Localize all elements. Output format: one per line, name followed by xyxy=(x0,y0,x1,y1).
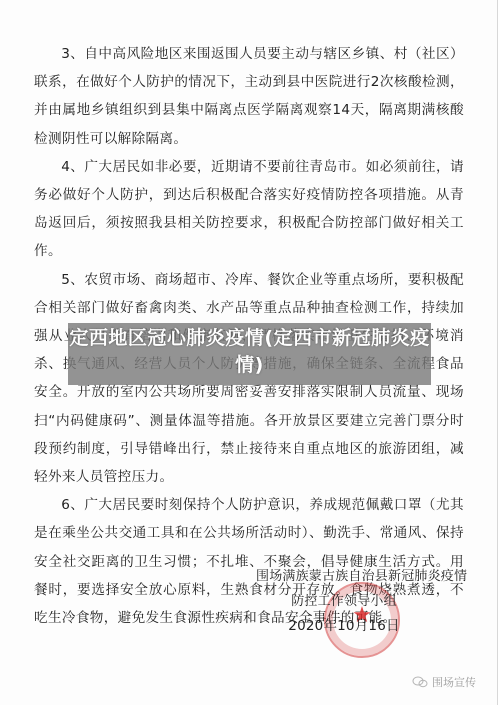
signature-organization-line1: 围场满族蒙古族自治县新冠肺炎疫情 xyxy=(200,565,480,590)
overlay-title: 定西地区冠心肺炎疫情(定西市新冠肺炎疫情) xyxy=(68,325,431,379)
signature-block: 围场满族蒙古族自治县新冠肺炎疫情 防控工作领导小组 2020年10月16日 xyxy=(200,565,480,639)
wechat-icon xyxy=(412,676,428,688)
watermark-label: 围场宣传 xyxy=(432,674,476,690)
title-overlay-banner: 定西地区冠心肺炎疫情(定西市新冠肺炎疫情) xyxy=(68,323,431,385)
paragraph-item-4: 4、广大居民如非必要，近期请不要前往青岛市。如必须前往，请务必做好个人防护，到达… xyxy=(34,153,464,266)
paragraph-item-3: 3、自中高风险地区来围返围人员要主动与辖区乡镇、村（社区）联系，在做好个人防护的… xyxy=(34,40,464,153)
source-watermark: 围场宣传 xyxy=(412,674,476,690)
signature-organization-line2: 防控工作领导小组 xyxy=(200,590,480,615)
signature-date: 2020年10月16日 xyxy=(200,614,480,639)
